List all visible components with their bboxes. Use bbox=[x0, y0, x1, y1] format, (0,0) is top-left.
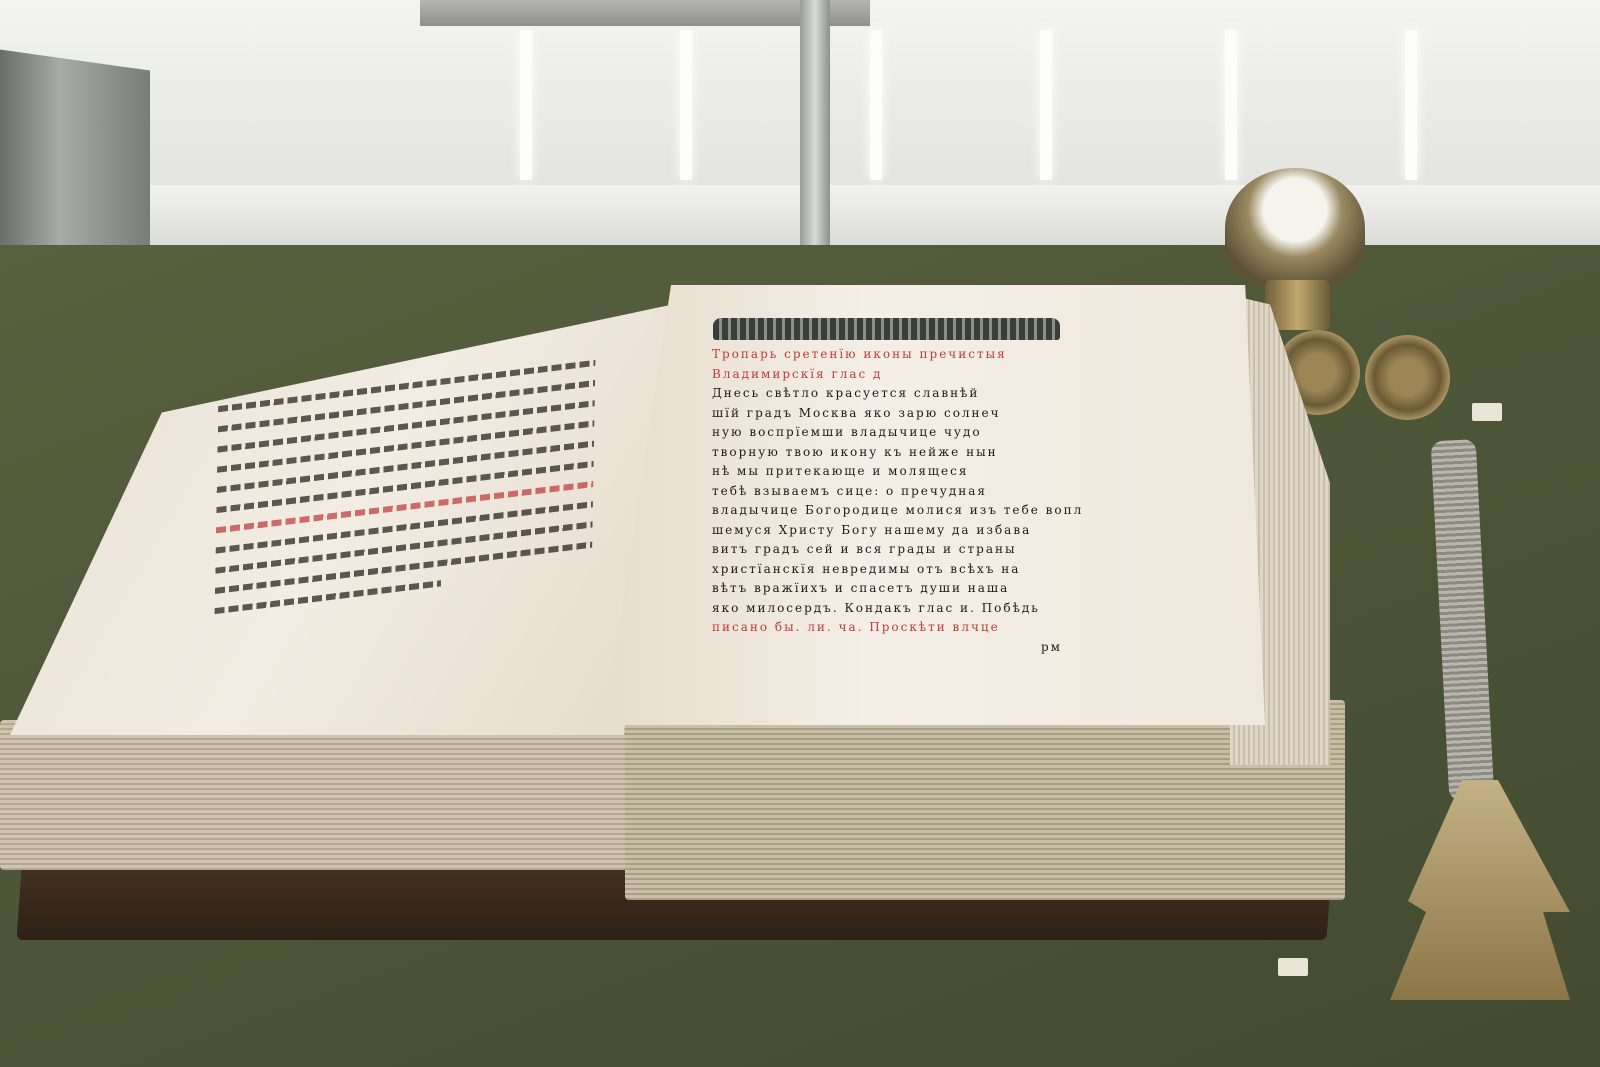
light-strip bbox=[520, 30, 532, 180]
text-line: творную твою икону къ нейже нын bbox=[712, 443, 1082, 463]
text-line: ную воспрїемши владычице чудо bbox=[712, 423, 1082, 443]
text-line: вѣтъ вражїихъ и спасетъ души наша bbox=[712, 579, 1082, 599]
light-strip bbox=[1405, 30, 1417, 180]
text-line: шемуся Христу Богу нашему да избава bbox=[712, 521, 1082, 541]
light-strip bbox=[1225, 30, 1237, 180]
exhibit-tag-1 bbox=[1472, 403, 1502, 421]
book-page-block-left bbox=[0, 720, 640, 870]
exhibit-tag-2 bbox=[1278, 958, 1308, 976]
text-line: шїй градъ Москва яко зарю солнеч bbox=[712, 404, 1082, 424]
text-line: нѣ мы притекающе и молящеся bbox=[712, 462, 1082, 482]
text-line-rubric: писано бы. ли. ча. Проскѣти влчце bbox=[712, 618, 1082, 638]
left-page-text bbox=[214, 346, 595, 629]
ornamental-headpiece bbox=[713, 318, 1060, 340]
text-line: владычице Богородице молися изъ тебе воп… bbox=[712, 501, 1082, 521]
text-line: христїанскїя невредимы отъ всѣхъ на bbox=[712, 560, 1082, 580]
light-strip bbox=[870, 30, 882, 180]
text-line: витъ градъ сей и вся грады и страны bbox=[712, 540, 1082, 560]
text-line: яко милосердъ. Кондакъ глас и. Побѣдь bbox=[712, 599, 1082, 619]
brass-lamp-icon bbox=[1225, 168, 1365, 288]
text-line: тебѣ взываемъ сице: о пречудная bbox=[712, 482, 1082, 502]
rubric-title: Тропарь сретенїю иконы пречистыя bbox=[712, 345, 1082, 365]
rubric-subtitle: Владимирскїя глас д bbox=[712, 365, 1082, 385]
right-page-text: Тропарь сретенїю иконы пречистыя Владими… bbox=[712, 345, 1082, 657]
page-mark: рм bbox=[712, 638, 1082, 658]
medallion-icon bbox=[1365, 335, 1450, 420]
text-line: Днесь свѣтло красуется славнѣй bbox=[712, 384, 1082, 404]
light-strip bbox=[680, 30, 692, 180]
light-strip bbox=[1040, 30, 1052, 180]
stand-pole bbox=[800, 0, 830, 280]
